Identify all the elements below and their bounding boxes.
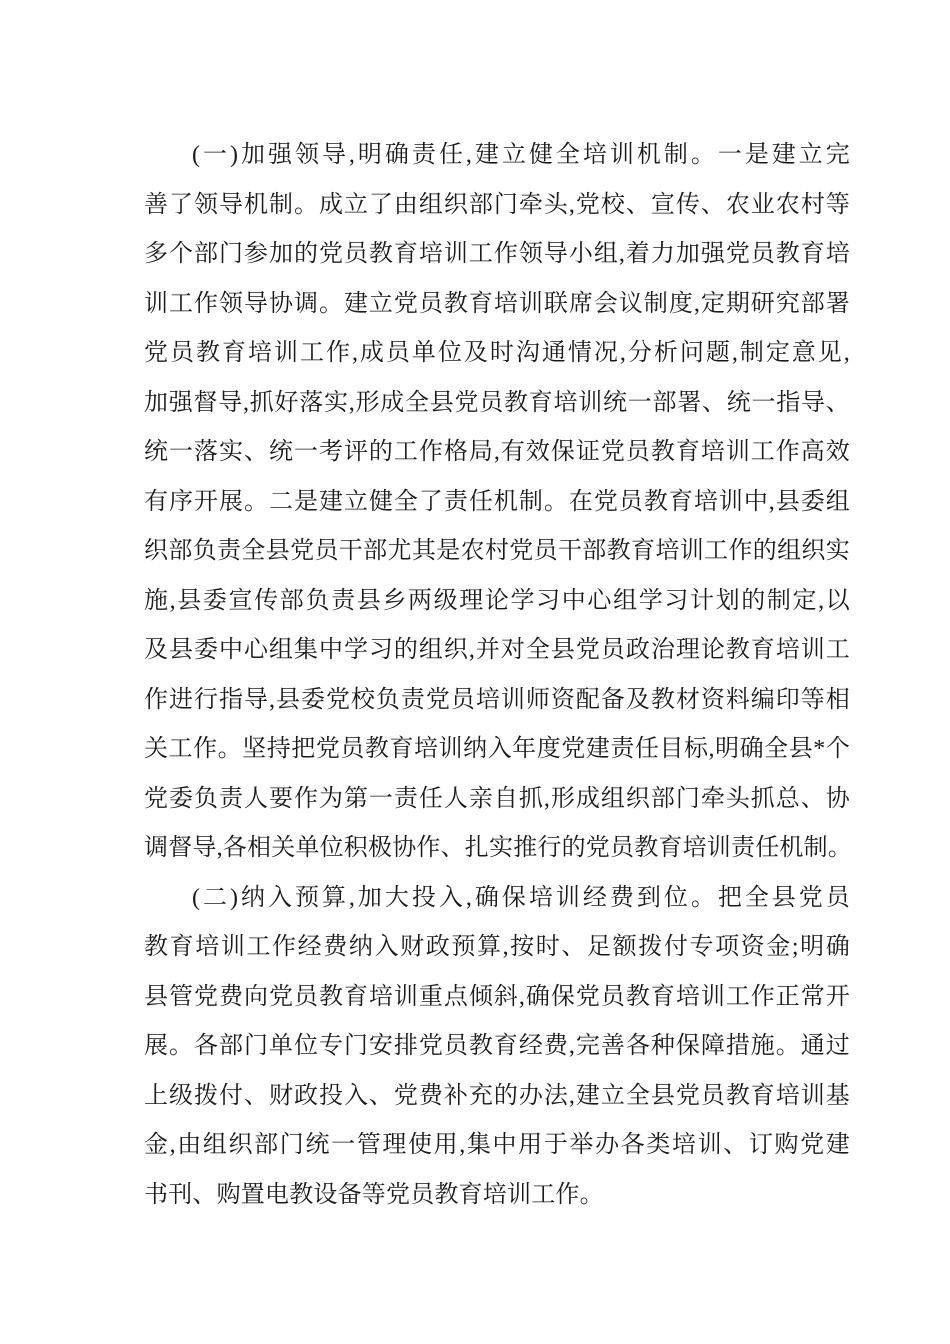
- text-line: 多个部门参加的党员教育培训工作领导小组,着力加强党员教育培: [144, 230, 850, 280]
- text-line: 施,县委宣传部负责县乡两级理论学习中心组学习计划的制定,以: [144, 577, 850, 627]
- text-line: 统一落实、统一考评的工作格局,有效保证党员教育培训工作高效: [144, 428, 850, 478]
- document-page: (一)加强领导,明确责任,建立健全培训机制。一是建立完善了领导机制。成立了由组织…: [0, 0, 950, 1344]
- text-line: 教育培训工作经费纳入财政预算,按时、足额拨付专项资金;明确: [144, 923, 850, 973]
- text-line: 展。各部门单位专门安排党员教育经费,完善各种保障措施。通过: [144, 1022, 850, 1072]
- text-line: 党委负责人要作为第一责任人亲自抓,形成组织部门牵头抓总、协: [144, 775, 850, 825]
- text-line: 加强督导,抓好落实,形成全县党员教育培训统一部署、统一指导、: [144, 379, 850, 429]
- text-line: 作进行指导,县委党校负责党员培训师资配备及教材资料编印等相: [144, 676, 850, 726]
- text-line: 上级拨付、财政投入、党费补充的办法,建立全县党员教育培训基: [144, 1072, 850, 1122]
- text-line: (一)加强领导,明确责任,建立健全培训机制。一是建立完: [144, 131, 850, 181]
- document-body: (一)加强领导,明确责任,建立健全培训机制。一是建立完善了领导机制。成立了由组织…: [144, 131, 850, 1220]
- text-line: 党员教育培训工作,成员单位及时沟通情况,分析问题,制定意见,: [144, 329, 850, 379]
- text-line: 调督导,各相关单位积极协作、扎实推行的党员教育培训责任机制。: [144, 824, 850, 874]
- text-line: 县管党费向党员教育培训重点倾斜,确保党员教育培训工作正常开: [144, 973, 850, 1023]
- text-line: 书刊、购置电教设备等党员教育培训工作。: [144, 1171, 850, 1221]
- text-line: 训工作领导协调。建立党员教育培训联席会议制度,定期研究部署: [144, 280, 850, 330]
- text-line: 善了领导机制。成立了由组织部门牵头,党校、宣传、农业农村等: [144, 181, 850, 231]
- text-line: 织部负责全县党员干部尤其是农村党员干部教育培训工作的组织实: [144, 527, 850, 577]
- paragraph-2: (二)纳入预算,加大投入,确保培训经费到位。把全县党员教育培训工作经费纳入财政预…: [144, 874, 850, 1221]
- text-line: 有序开展。二是建立健全了责任机制。在党员教育培训中,县委组: [144, 478, 850, 528]
- text-line: 关工作。坚持把党员教育培训纳入年度党建责任目标,明确全县*个: [144, 725, 850, 775]
- text-line: (二)纳入预算,加大投入,确保培训经费到位。把全县党员: [144, 874, 850, 924]
- paragraph-1: (一)加强领导,明确责任,建立健全培训机制。一是建立完善了领导机制。成立了由组织…: [144, 131, 850, 874]
- text-line: 及县委中心组集中学习的组织,并对全县党员政治理论教育培训工: [144, 626, 850, 676]
- text-line: 金,由组织部门统一管理使用,集中用于举办各类培训、订购党建: [144, 1121, 850, 1171]
